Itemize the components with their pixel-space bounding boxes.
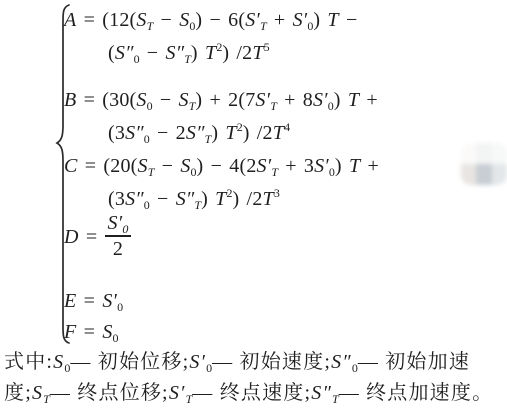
footnote-line-2: 度;ST— 终点位移;S′T— 终点速度;S″T— 终点加速度。 bbox=[4, 378, 506, 409]
math-variable: S′ bbox=[255, 89, 270, 111]
math-text: − bbox=[140, 42, 166, 64]
math-text: — 终点速度; bbox=[192, 382, 311, 404]
math-variable: S″ bbox=[331, 351, 352, 373]
math-variable: T bbox=[215, 188, 226, 210]
math-text: ) /2 bbox=[222, 42, 252, 64]
math-variable: E bbox=[64, 290, 76, 312]
math-text: − bbox=[339, 9, 358, 31]
math-text: − 2 bbox=[150, 122, 186, 144]
math-text: 度; bbox=[4, 382, 32, 404]
math-text: ) − 4(2 bbox=[197, 155, 257, 177]
math-subscript: T bbox=[260, 19, 267, 33]
math-text: − bbox=[153, 9, 179, 31]
blur-artifact-cell bbox=[476, 143, 491, 164]
fraction: S′02 bbox=[105, 212, 132, 260]
math-text: ) − 6( bbox=[195, 9, 245, 31]
math-superscript: 4 bbox=[284, 120, 290, 134]
math-text: ) + 2(7 bbox=[195, 89, 255, 111]
math-variable: S″ bbox=[115, 42, 134, 64]
math-variable: T bbox=[225, 122, 236, 144]
math-text: ) bbox=[334, 89, 348, 111]
blur-artifact-cell bbox=[476, 164, 491, 185]
blur-artifact bbox=[461, 143, 507, 185]
math-variable: S′ bbox=[189, 351, 206, 373]
eq-A-line2: (S″0 − S″T) T2) /2T5 bbox=[108, 41, 270, 65]
fraction-denominator: 2 bbox=[105, 237, 132, 260]
eq-A-line1: A = (12(ST − S0) − 6(S′T + S′0) T − bbox=[64, 8, 357, 32]
math-variable: S bbox=[179, 89, 189, 111]
math-variable: S bbox=[179, 9, 189, 31]
math-variable: S′ bbox=[108, 212, 123, 234]
math-text: + bbox=[267, 9, 293, 31]
math-subscript: T bbox=[43, 392, 50, 406]
math-variable: S bbox=[102, 321, 112, 343]
blur-artifact-cell bbox=[461, 164, 476, 185]
math-text: (3 bbox=[108, 122, 125, 144]
footnote: 式中:S0— 初始位移;S′0— 初始速度;S″0— 初始加速度;ST— 终点位… bbox=[4, 347, 506, 409]
math-text: — 初始加速 bbox=[358, 351, 470, 373]
math-variable: S′ bbox=[293, 9, 308, 31]
math-variable: A bbox=[64, 9, 76, 31]
math-variable: S″ bbox=[311, 382, 332, 404]
math-superscript: 5 bbox=[264, 40, 270, 54]
math-text: = bbox=[76, 290, 102, 312]
math-text: ) /2 bbox=[243, 122, 273, 144]
math-variable: S′ bbox=[257, 155, 272, 177]
math-variable: S″ bbox=[125, 188, 144, 210]
math-variable: S bbox=[32, 382, 43, 404]
math-variable: F bbox=[64, 321, 76, 343]
math-text: = (12( bbox=[76, 9, 136, 31]
eq-D: D = S′02 bbox=[64, 212, 131, 262]
math-text: ( bbox=[108, 42, 115, 64]
eq-C-line1: C = (20(ST − S0) − 4(2S′T + 3S′0) T + bbox=[64, 154, 379, 178]
math-variable: T bbox=[263, 188, 274, 210]
math-text: — 初始位移; bbox=[70, 351, 189, 373]
math-subscript: T bbox=[271, 165, 278, 179]
math-variable: S′ bbox=[102, 290, 117, 312]
eq-B-line1: B = (30(S0 − ST) + 2(7S′T + 8S′0) T + bbox=[64, 88, 378, 112]
math-variable: S bbox=[180, 155, 190, 177]
math-text: = (30( bbox=[76, 89, 136, 111]
math-text: = bbox=[76, 321, 102, 343]
math-text: − bbox=[150, 188, 176, 210]
math-variable: S bbox=[136, 9, 146, 31]
math-subscript: T bbox=[270, 99, 277, 113]
footnote-line-1: 式中:S0— 初始位移;S′0— 初始速度;S″0— 初始加速 bbox=[4, 347, 506, 378]
math-variable: D bbox=[64, 226, 79, 248]
fraction-numerator: S′0 bbox=[105, 212, 132, 235]
formula-page: A = (12(ST − S0) − 6(S′T + S′0) T −(S″0 … bbox=[0, 0, 507, 414]
math-text: = (20( bbox=[78, 155, 138, 177]
math-subscript: 0 bbox=[117, 300, 123, 314]
math-variable: T bbox=[327, 9, 338, 31]
math-variable: S′ bbox=[169, 382, 186, 404]
math-variable: T bbox=[348, 89, 359, 111]
math-variable: S bbox=[136, 89, 146, 111]
math-variable: B bbox=[64, 89, 76, 111]
eq-E: E = S′0 bbox=[64, 289, 123, 313]
math-subscript: T bbox=[332, 392, 339, 406]
math-text: 式中: bbox=[4, 351, 53, 373]
math-text: ) bbox=[313, 9, 327, 31]
math-variable: S″ bbox=[186, 122, 205, 144]
math-variable: S bbox=[53, 351, 64, 373]
eq-F: F = S0 bbox=[64, 320, 119, 344]
blur-artifact-cell bbox=[492, 143, 507, 164]
math-text: + 3 bbox=[278, 155, 314, 177]
math-variable: S′ bbox=[313, 89, 328, 111]
math-text: ) bbox=[335, 155, 349, 177]
math-text: 2 bbox=[113, 238, 123, 260]
math-variable: T bbox=[252, 42, 263, 64]
blur-artifact-cell bbox=[461, 143, 476, 164]
math-subscript: T bbox=[184, 52, 191, 66]
eq-B-line2: (3S″0 − 2S″T) T2) /2T4 bbox=[108, 121, 290, 145]
math-text: − bbox=[153, 89, 179, 111]
math-subscript: 0 bbox=[113, 331, 119, 345]
math-text: — 终点位移; bbox=[50, 382, 169, 404]
blur-artifact-cell bbox=[492, 164, 507, 185]
math-variable: T bbox=[349, 155, 360, 177]
math-text: — 终点加速度。 bbox=[339, 382, 494, 404]
math-text: = bbox=[79, 226, 105, 248]
math-text: ) bbox=[201, 188, 215, 210]
math-variable: S′ bbox=[245, 9, 260, 31]
math-variable: S″ bbox=[166, 42, 185, 64]
math-text: + bbox=[359, 89, 378, 111]
math-variable: S″ bbox=[125, 122, 144, 144]
math-text: + 8 bbox=[277, 89, 313, 111]
math-text: − bbox=[154, 155, 180, 177]
math-superscript: 3 bbox=[274, 186, 280, 200]
math-subscript: 0 bbox=[122, 222, 128, 236]
math-text: ) bbox=[211, 122, 225, 144]
math-variable: S′ bbox=[314, 155, 329, 177]
math-variable: T bbox=[205, 42, 216, 64]
math-variable: T bbox=[273, 122, 284, 144]
math-text: (3 bbox=[108, 188, 125, 210]
math-variable: C bbox=[64, 155, 78, 177]
math-text: ) /2 bbox=[233, 188, 263, 210]
math-variable: S″ bbox=[176, 188, 195, 210]
math-variable: S bbox=[138, 155, 148, 177]
math-text: — 初始速度; bbox=[212, 351, 331, 373]
eq-C-line2: (3S″0 − S″T) T2) /2T3 bbox=[108, 187, 280, 211]
math-text: ) bbox=[191, 42, 205, 64]
math-text: + bbox=[360, 155, 379, 177]
